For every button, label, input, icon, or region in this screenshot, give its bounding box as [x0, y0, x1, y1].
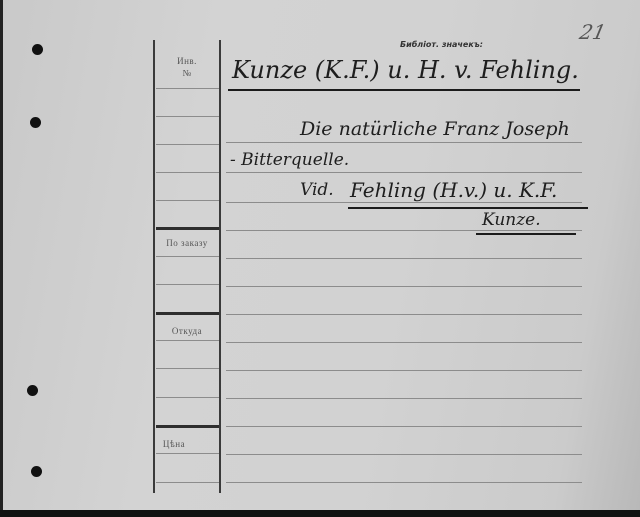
punch-hole [31, 466, 42, 477]
library-mark-label: Библіот. значекъ: [400, 40, 483, 49]
ref-underline-2 [476, 233, 576, 235]
ref-underline-1 [348, 207, 588, 209]
ref-line-2: Kunze. [482, 210, 541, 230]
writing-rule [226, 230, 582, 231]
inventory-rule [156, 172, 219, 173]
section-divider [156, 312, 219, 315]
inventory-label-text: Инв. [156, 55, 218, 67]
writing-rule [226, 202, 582, 203]
price-rule [156, 482, 219, 483]
inventory-rule [156, 88, 219, 89]
card-number: 21 [577, 20, 608, 44]
title-line-2: - Bitterquelle. [230, 150, 349, 170]
price-label: Цѣна [154, 439, 194, 449]
source-rule [156, 397, 219, 398]
writing-rule [226, 426, 582, 427]
left-column-border [153, 40, 155, 493]
left-column-divider [219, 40, 221, 493]
writing-rule [226, 398, 582, 399]
by-order-label: По заказу [156, 238, 218, 248]
writing-rule [226, 258, 582, 259]
writing-rule [226, 342, 582, 343]
source-label: Откуда [156, 326, 218, 336]
catalog-card: Инв. № По заказу Откуда Цѣна Библіот. зн… [0, 0, 640, 517]
writing-rule [226, 142, 582, 143]
punch-hole [27, 385, 38, 396]
heading-underline [228, 89, 580, 91]
writing-rule [226, 454, 582, 455]
writing-rule [226, 370, 582, 371]
writing-rule [226, 172, 582, 173]
section-divider [156, 425, 219, 428]
inventory-rule [156, 144, 219, 145]
order-rule [156, 284, 219, 285]
ref-line-1: Fehling (H.v.) u. K.F. [350, 178, 557, 202]
source-rule [156, 340, 219, 341]
heading-author: Kunze (K.F.) u. H. v. Fehling. [232, 56, 579, 84]
section-divider [156, 227, 219, 230]
punch-hole [30, 117, 41, 128]
source-rule [156, 368, 219, 369]
ref-prefix: Vid. [300, 180, 334, 200]
writing-rule [226, 286, 582, 287]
inventory-number-sign: № [156, 67, 218, 79]
inventory-rule [156, 116, 219, 117]
writing-rule [226, 482, 582, 483]
title-line-1: Die natürliche Franz Joseph [300, 118, 570, 140]
order-rule [156, 256, 219, 257]
price-rule [156, 453, 219, 454]
inventory-label: Инв. № [156, 55, 218, 79]
writing-rule [226, 314, 582, 315]
inventory-rule [156, 200, 219, 201]
punch-hole [32, 44, 43, 55]
